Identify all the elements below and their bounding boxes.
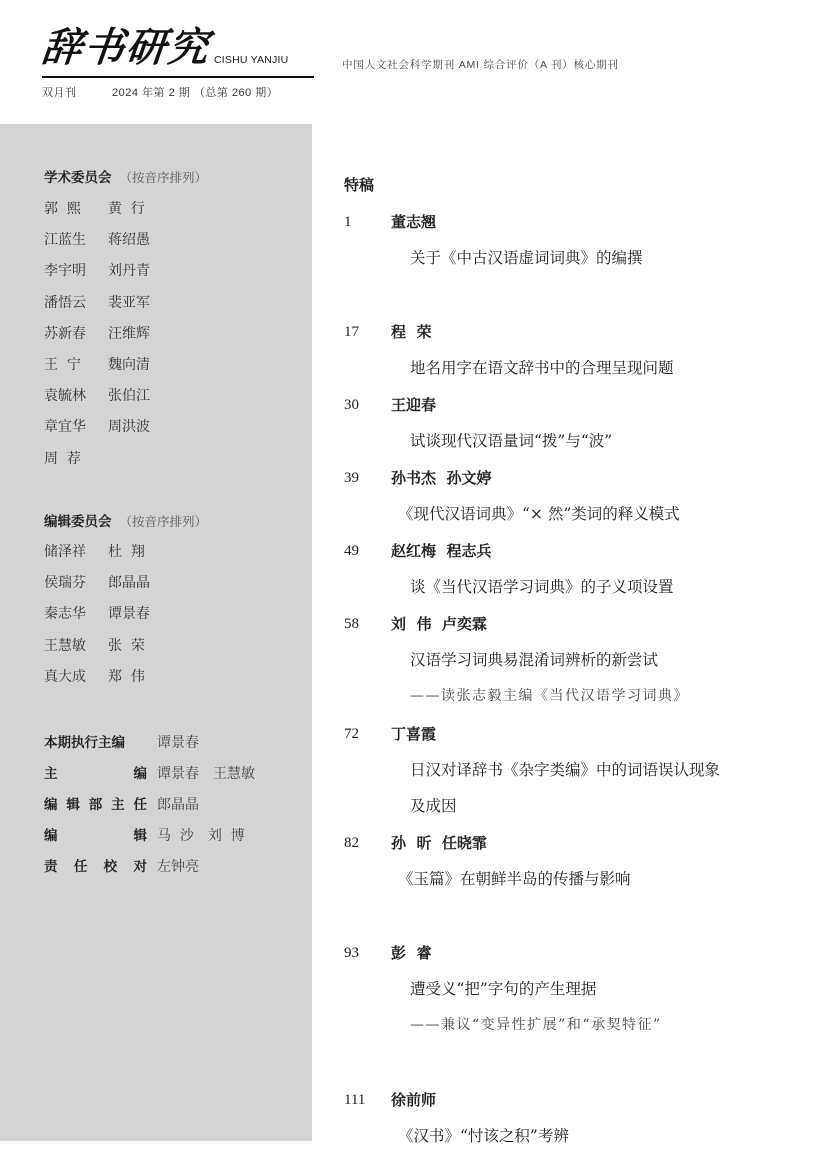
editorial-staff: 本期执行主编 谭景春 主编 谭景春王慧敏 编辑部主任 郎晶晶 编辑 马 沙刘 博…: [44, 728, 269, 883]
masthead-rule: [42, 76, 314, 78]
article-title[interactable]: 日汉对译辞书《杂字类编》中的词语误认现象: [344, 752, 804, 788]
academic-committee: 学术委员会（按音序排列） 郭 熙黄 行 江蓝生蒋绍愚 李宇明刘丹青 潘悟云裴亚军…: [44, 167, 207, 475]
section-title: 特稿: [344, 172, 804, 202]
toc-entry[interactable]: 93彭 睿 遭受义“把”字句的产生理据 ——兼议“变异性扩展”和“承契特征”: [344, 935, 804, 1043]
article-title[interactable]: 《玉篇》在朝鲜半岛的传播与影响: [344, 861, 804, 897]
member-row: 王 宁魏向清: [44, 350, 207, 381]
staff-label: 编辑部主任: [44, 790, 157, 821]
authors: 孙书杰 孙文婷: [391, 460, 491, 496]
staff-row-editors: 编辑 马 沙刘 博: [44, 821, 269, 852]
staff-row-executive-editor: 本期执行主编 谭景春: [44, 728, 269, 759]
member-row: 储泽祥杜 翔: [44, 537, 207, 568]
page-number: 1: [344, 204, 391, 240]
publication-frequency: 双月刊: [42, 84, 112, 100]
toc-entry[interactable]: 30王迎春 试谈现代汉语量词“拨”与“波”: [344, 387, 804, 459]
core-journal-note: 中国人文社会科学期刊 AMI 综合评价（A 刊）核心期刊: [342, 57, 619, 72]
toc-entry[interactable]: 82孙 昕 任晓霏 《玉篇》在朝鲜半岛的传播与影响: [344, 825, 804, 897]
authors: 彭 睿: [391, 935, 431, 971]
authors: 孙 昕 任晓霏: [391, 825, 487, 861]
editorial-committee: 编辑委员会（按音序排列） 储泽祥杜 翔 侯瑞芬郎晶晶 秦志华谭景春 王慧敏张 荣…: [44, 511, 207, 693]
authors: 董志翘: [391, 204, 436, 240]
member-row: 周 荐: [44, 444, 207, 475]
masthead: 辞书研究 CISHU YANJIU 双月刊 2024 年第 2 期 （总第 26…: [42, 18, 314, 100]
staff-names: 郎晶晶: [157, 790, 213, 821]
article-title[interactable]: 地名用字在语文辞书中的合理呈现问题: [344, 350, 804, 386]
article-title[interactable]: 汉语学习词典易混淆词辨析的新尝试: [344, 642, 804, 678]
journal-title-en: CISHU YANJIU: [214, 54, 288, 66]
article-title[interactable]: 《汉书》“忖该之积”考辨: [344, 1118, 804, 1154]
authors: 徐前师: [391, 1082, 436, 1118]
page-number: 72: [344, 716, 391, 752]
staff-names: 谭景春王慧敏: [157, 759, 269, 790]
issue-info: 双月刊 2024 年第 2 期 （总第 260 期）: [42, 84, 314, 100]
staff-row-proofreader: 责任校对 左钟亮: [44, 852, 269, 883]
toc-entry[interactable]: 17程 荣 地名用字在语文辞书中的合理呈现问题: [344, 314, 804, 386]
member-row: 郭 熙黄 行: [44, 194, 207, 225]
page-number: 49: [344, 533, 391, 569]
authors: 刘 伟 卢奕霖: [391, 606, 487, 642]
academic-committee-title: 学术委员会（按音序排列）: [44, 167, 207, 189]
member-row: 李宇明刘丹青: [44, 256, 207, 287]
member-row: 潘悟云裴亚军: [44, 288, 207, 319]
staff-label: 本期执行主编: [44, 728, 157, 759]
staff-names: 马 沙刘 博: [157, 821, 259, 852]
page-number: 111: [344, 1082, 391, 1118]
authors: 王迎春: [391, 387, 436, 423]
sort-note: （按音序排列）: [120, 514, 208, 529]
member-row: 秦志华谭景春: [44, 599, 207, 630]
member-row: 真大成郑 伟: [44, 662, 207, 693]
member-row: 苏新春汪维辉: [44, 319, 207, 350]
page-number: 17: [344, 314, 391, 350]
page-number: 93: [344, 935, 391, 971]
staff-row-office-director: 编辑部主任 郎晶晶: [44, 790, 269, 821]
toc-entry[interactable]: 39孙书杰 孙文婷 《现代汉语词典》“× 然”类词的释义模式: [344, 460, 804, 532]
toc-entry[interactable]: 58刘 伟 卢奕霖 汉语学习词典易混淆词辨析的新尝试 ——读张志毅主编《当代汉语…: [344, 606, 804, 714]
article-subtitle: ——读张志毅主编《当代汉语学习词典》: [344, 678, 804, 714]
authors: 程 荣: [391, 314, 431, 350]
article-title-continued[interactable]: 及成因: [344, 788, 804, 824]
staff-label: 责任校对: [44, 852, 157, 883]
toc-entry[interactable]: 72丁喜霞 日汉对译辞书《杂字类编》中的词语误认现象 及成因: [344, 716, 804, 824]
article-title[interactable]: 谈《当代汉语学习词典》的子义项设置: [344, 569, 804, 605]
article-title[interactable]: 遭受义“把”字句的产生理据: [344, 971, 804, 1007]
staff-names: 左钟亮: [157, 852, 213, 883]
member-row: 侯瑞芬郎晶晶: [44, 568, 207, 599]
staff-label: 主编: [44, 759, 157, 790]
member-row: 章宜华周洪波: [44, 412, 207, 443]
staff-label: 编辑: [44, 821, 157, 852]
page-number: 30: [344, 387, 391, 423]
editorial-committee-title: 编辑委员会（按音序排列）: [44, 511, 207, 533]
staff-names: 谭景春: [157, 728, 213, 759]
staff-row-chief-editor: 主编 谭景春王慧敏: [44, 759, 269, 790]
page-number: 39: [344, 460, 391, 496]
sort-note: （按音序排列）: [120, 170, 208, 185]
member-row: 王慧敏张 荣: [44, 631, 207, 662]
journal-title-cn: 辞书研究: [39, 22, 212, 74]
table-of-contents: 特稿 1董志翘 关于《中古汉语虚词词典》的编撰 17程 荣 地名用字在语文辞书中…: [344, 172, 804, 202]
authors: 丁喜霞: [391, 716, 436, 752]
issue-number: 2024 年第 2 期 （总第 260 期）: [112, 84, 278, 100]
article-title[interactable]: 《现代汉语词典》“× 然”类词的释义模式: [344, 496, 804, 532]
member-row: 江蓝生蒋绍愚: [44, 225, 207, 256]
journal-logo: 辞书研究 CISHU YANJIU: [42, 18, 314, 74]
page-number: 82: [344, 825, 391, 861]
authors: 赵红梅 程志兵: [391, 533, 491, 569]
article-title[interactable]: 试谈现代汉语量词“拨”与“波”: [344, 423, 804, 459]
page-number: 58: [344, 606, 391, 642]
member-row: 袁毓林张伯江: [44, 381, 207, 412]
toc-entry[interactable]: 49赵红梅 程志兵 谈《当代汉语学习词典》的子义项设置: [344, 533, 804, 605]
article-title[interactable]: 关于《中古汉语虚词词典》的编撰: [344, 240, 804, 276]
article-subtitle: ——兼议“变异性扩展”和“承契特征”: [344, 1007, 804, 1043]
toc-entry[interactable]: 1董志翘 关于《中古汉语虚词词典》的编撰: [344, 204, 804, 276]
toc-entry[interactable]: 111徐前师 《汉书》“忖该之积”考辨: [344, 1082, 804, 1154]
